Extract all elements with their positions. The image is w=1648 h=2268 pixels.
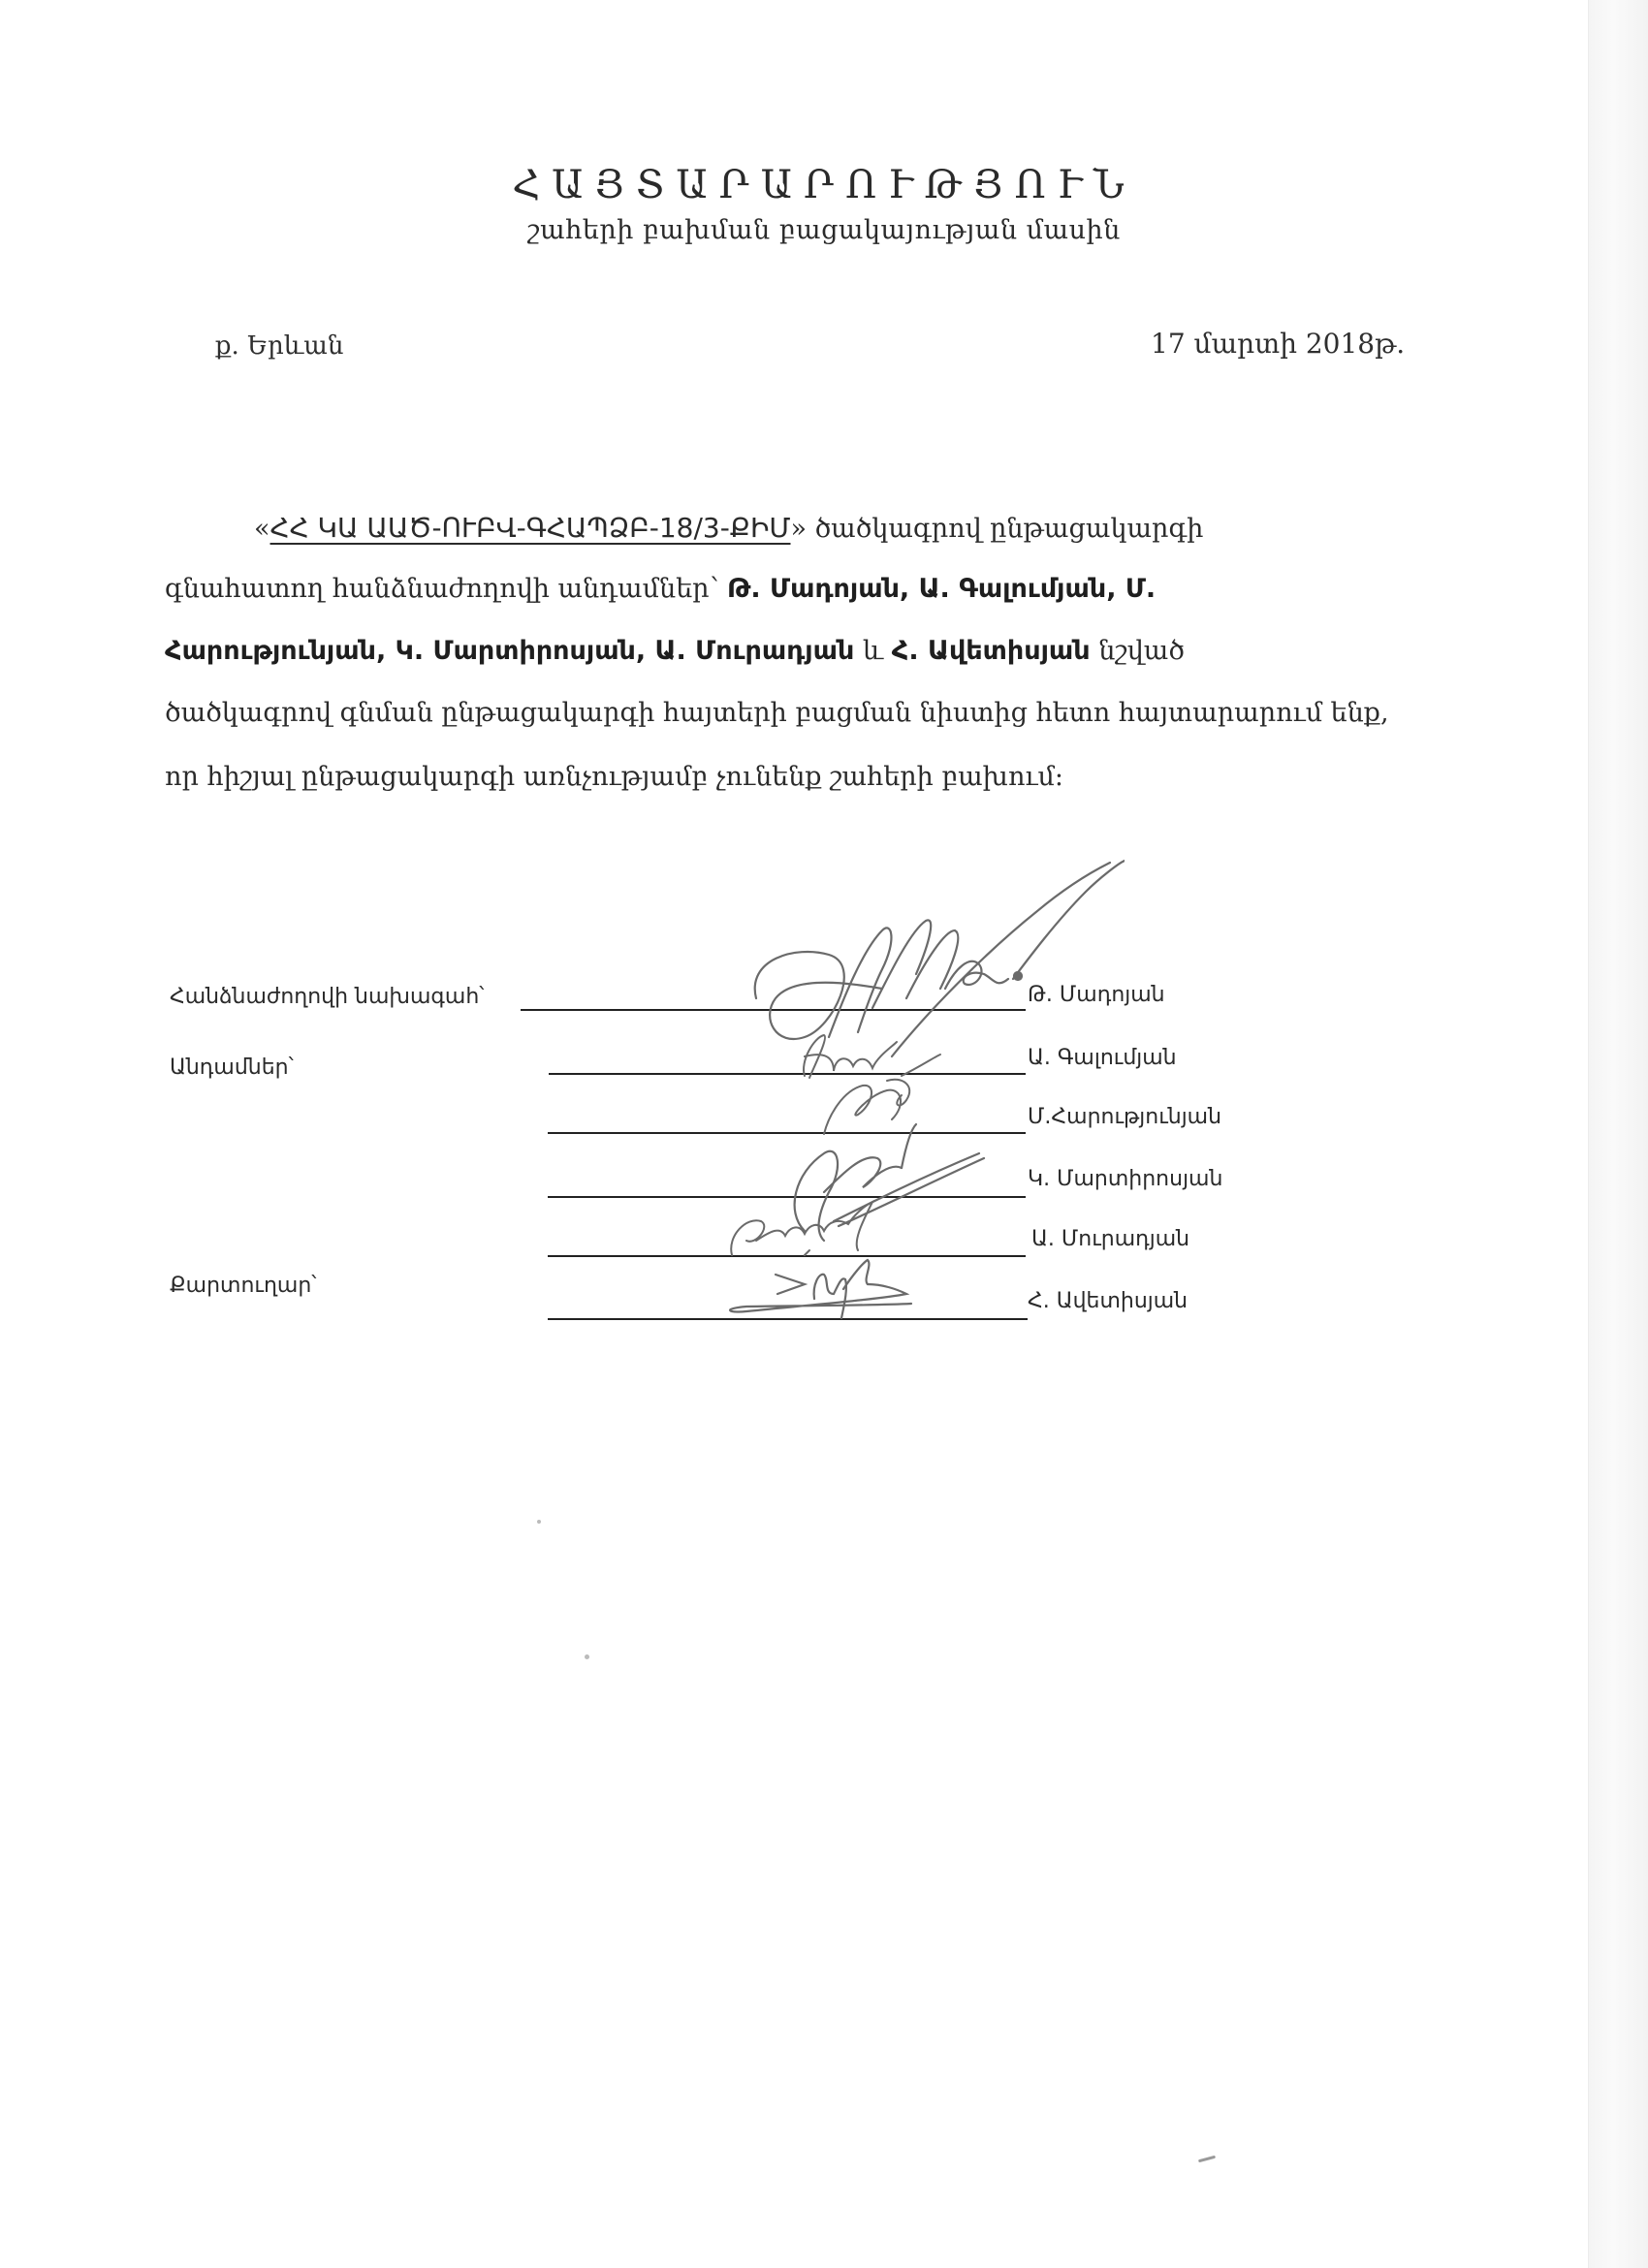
committee-names-2: Հարությունյան, Կ. Մարտիրոսյան, Ա. Մուրադ…	[165, 636, 854, 666]
scan-mark	[1198, 2156, 1216, 2163]
signer-name: Հ. Ավետիսյան	[1028, 1289, 1188, 1313]
body-line-1-tail: » ծածկագրով ընթացակարգի	[791, 514, 1204, 544]
signature-line-member-3	[548, 1196, 1026, 1198]
signer-name: Կ. Մարտիրոսյան	[1028, 1167, 1222, 1191]
committee-names-1: Թ. Մադոյան, Ա. Գալումյան, Մ.	[727, 574, 1156, 604]
document-subtitle: շահերի բախման բացակայության մասին	[0, 215, 1648, 245]
body-line-1: «ՀՀ ԿԱ ԱԱԾ-ՈՒԲՎ-ԳՀԱՊՁԲ-18/3-ՔԻՄ» ծածկագր…	[254, 512, 1203, 544]
body-line-2: գնահատող հանձնաժողովի անդամներ՝ Թ. Մադոյ…	[165, 574, 1156, 604]
scan-speck	[537, 1520, 541, 1524]
secretary-label: Քարտուղար՝	[170, 1274, 317, 1298]
signature-chair	[737, 853, 1125, 1066]
signature-line-member-4	[548, 1255, 1026, 1257]
chair-label: Հանձնաժողովի նախագահ՝	[170, 985, 485, 1009]
body-line-5: որ հիշյալ ընթացակարգի առնչությամբ չունեն…	[165, 762, 1063, 792]
signature-line-chair	[521, 1009, 1026, 1011]
signer-name: Ա. Գալումյան	[1028, 1046, 1177, 1070]
body-line-4: ծածկագրով գնման ընթացակարգի հայտերի բացմ…	[165, 698, 1389, 728]
body-line-3: Հարությունյան, Կ. Մարտիրոսյան, Ա. Մուրադ…	[165, 636, 1185, 666]
city: ք. Երևան	[215, 331, 343, 361]
signature-line-member-2	[548, 1132, 1026, 1134]
committee-names-3: Հ. Ավետիսյան	[892, 636, 1091, 666]
body-line-3-tail: նշված	[1091, 636, 1185, 666]
signature-line-member-1	[549, 1073, 1026, 1075]
signature-line-secretary	[548, 1318, 1028, 1320]
scan-speck	[585, 1654, 589, 1659]
signer-name: Մ.Հարությունյան	[1028, 1105, 1221, 1129]
signature-member-3	[756, 1115, 989, 1250]
open-quote: «	[254, 514, 270, 544]
signer-name: Ա. Մուրադյան	[1031, 1227, 1189, 1251]
body-line-2-text: գնահատող հանձնաժողովի անդամներ՝	[165, 574, 727, 604]
document-date: 17 մարտի 2018թ.	[1151, 328, 1405, 360]
procurement-code: ՀՀ ԿԱ ԱԱԾ-ՈՒԲՎ-ԳՀԱՊՁԲ-18/3-ՔԻՄ	[270, 512, 791, 544]
signature-member-1	[776, 1027, 969, 1086]
document-page: ՀԱՅՏԱՐԱՐՈՒԹՅՈՒՆ շահերի բախման բացակայութ…	[0, 0, 1648, 2268]
members-label: Անդամներ՝	[170, 1055, 294, 1080]
scan-edge	[1588, 0, 1648, 2268]
signer-name: Թ. Մադոյան	[1028, 983, 1165, 1007]
signature-secretary	[688, 1255, 940, 1323]
conjunction: և	[854, 636, 891, 666]
document-title: ՀԱՅՏԱՐԱՐՈՒԹՅՈՒՆ	[0, 163, 1648, 207]
